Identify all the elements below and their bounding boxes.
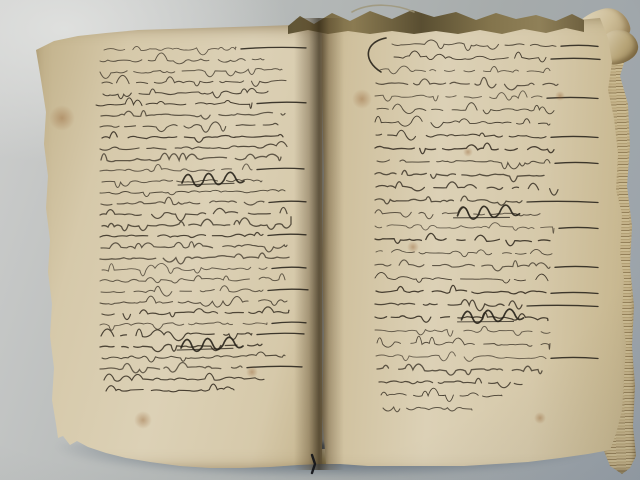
left-page — [30, 24, 322, 472]
photo-backdrop: Photograph of an open antique manuscript… — [0, 0, 640, 480]
gutter-shadow — [294, 18, 344, 470]
binding-thread-wisp — [352, 5, 414, 12]
right-page — [316, 14, 638, 476]
